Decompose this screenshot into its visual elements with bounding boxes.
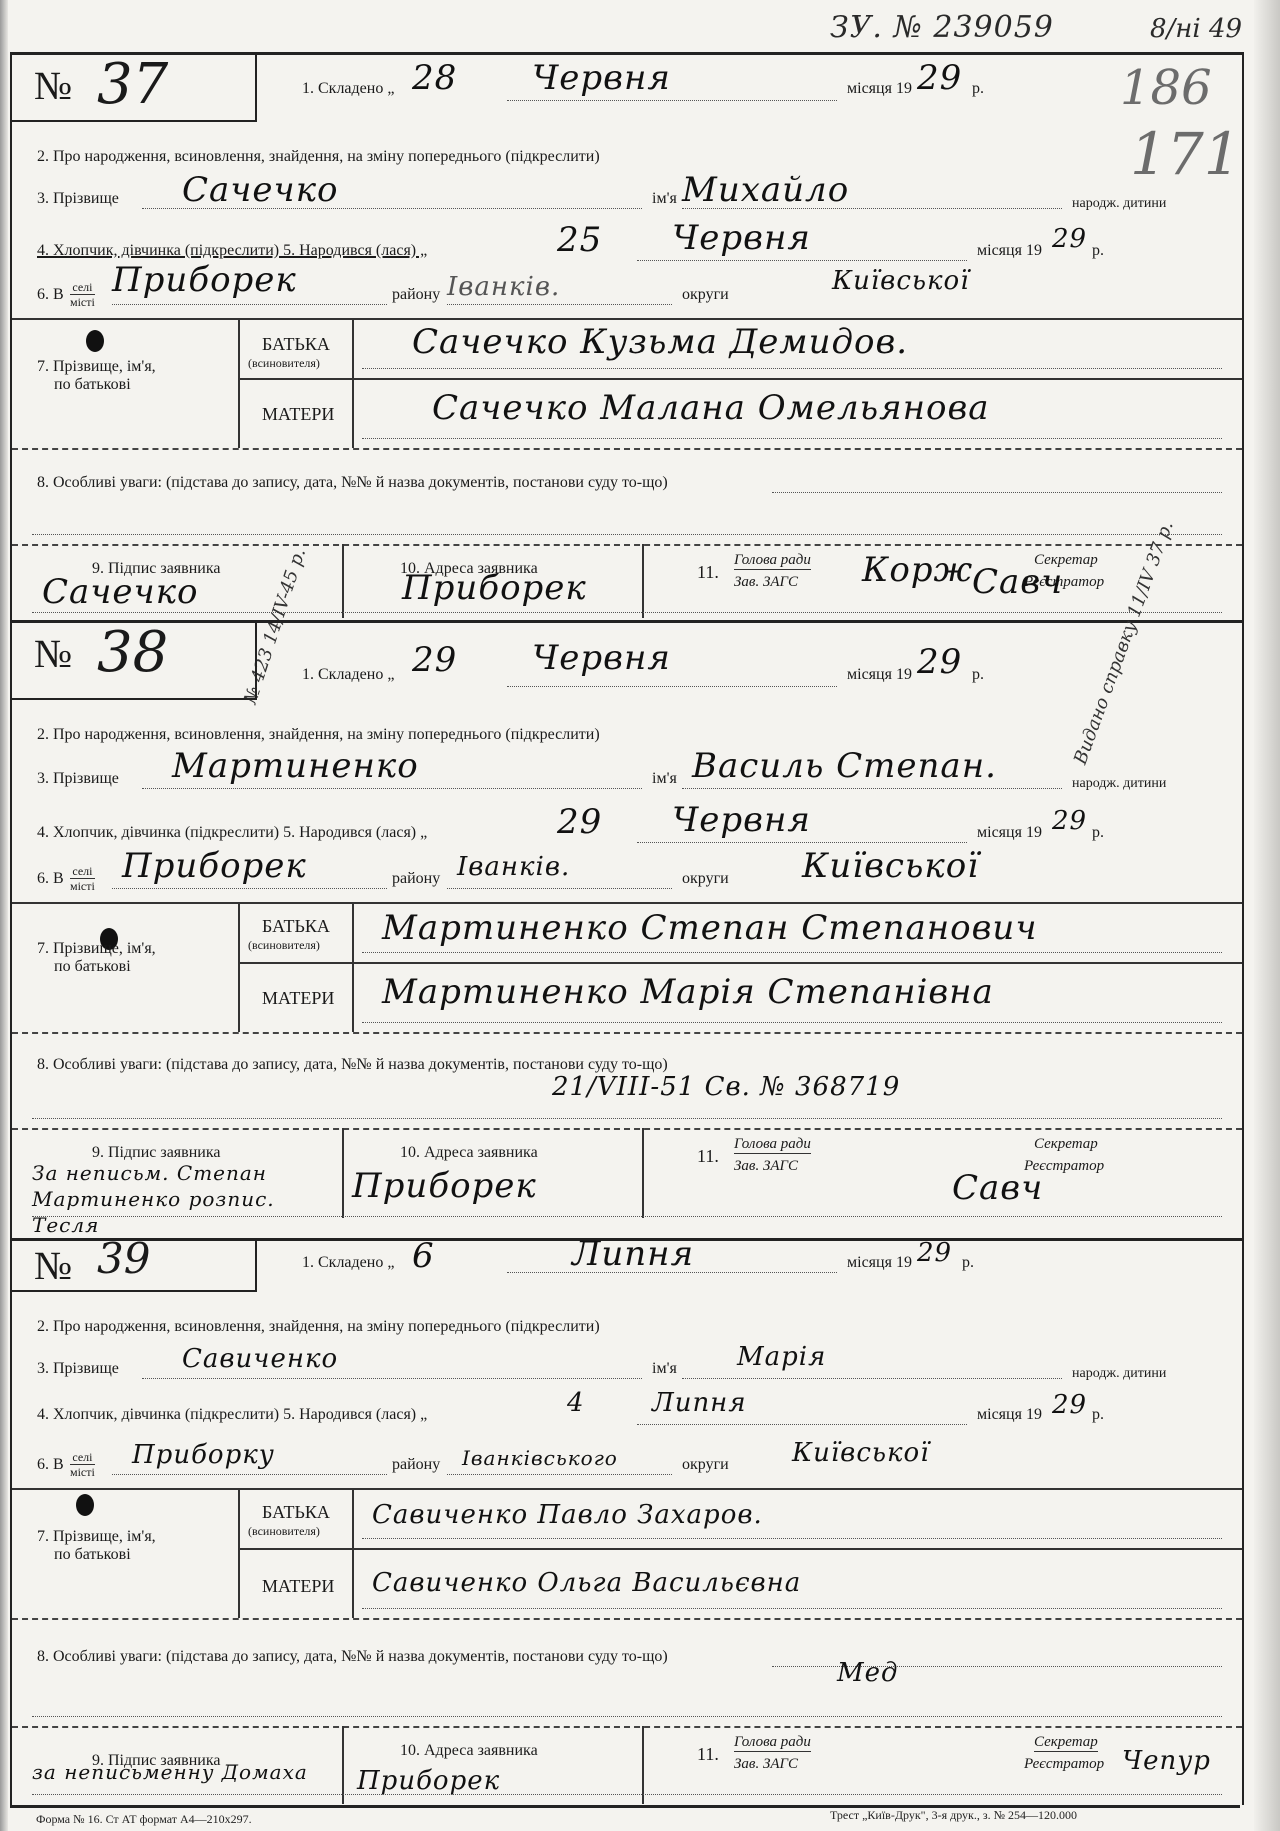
compiled-month: Червня [532, 58, 671, 98]
applicant-address: Приборек [402, 568, 587, 608]
record-number: 37 [97, 52, 168, 117]
father-name: Мартиненко Степан Степанович [382, 908, 1037, 948]
born-month: Червня [672, 218, 811, 258]
label-gender-born: 4. Хлопчик, дівчинка (підкреслити) 5. На… [37, 1406, 427, 1424]
father-name: Савиченко Павло Захаров. [372, 1500, 763, 1530]
label-parents-2: по батькові [54, 1546, 131, 1564]
label-compiled: 1. Складено „ [302, 80, 394, 98]
compiled-day: 6 [412, 1236, 435, 1276]
given-name: Василь Степан. [692, 746, 997, 786]
district: Іванків. [457, 852, 570, 882]
record-37: № 37 1. Складено „ 28 Червня місяця 19 2… [10, 52, 1244, 620]
surname: Савиченко [182, 1344, 338, 1374]
label-head: Голова ради [734, 1136, 811, 1154]
district: Іванківського [462, 1446, 618, 1470]
label-surname: 3. Прізвище [37, 190, 119, 208]
born-day: 29 [557, 802, 602, 842]
label-year-suffix: р. [972, 666, 984, 684]
top-annotation: ЗУ. № 239059 [830, 10, 1054, 45]
applicant-address: Приборек [352, 1166, 537, 1206]
label-parents: 7. Прізвище, ім'я, [37, 940, 156, 958]
label-father-sub: (всиновителя) [248, 356, 320, 371]
father-name: Сачечко Кузьма Демидов. [412, 322, 908, 362]
given-name: Михайло [682, 170, 849, 210]
label-applicant-address: 10. Адреса заявника [400, 1742, 538, 1760]
label-father-sub: (всиновителя) [248, 938, 320, 953]
compiled-year: 29 [917, 642, 962, 682]
registrar-signature: Савч [952, 1168, 1043, 1208]
label-applicant-address: 10. Адреса заявника [400, 1144, 538, 1162]
label-registrar: Реєстратор [1024, 1756, 1104, 1773]
label-father: БАТЬКА [262, 1502, 330, 1523]
label-father: БАТЬКА [262, 916, 330, 937]
okrug: Київської [832, 266, 970, 296]
label-zags: Зав. ЗАГС [734, 1756, 798, 1773]
label-record-type: 2. Про народження, всиновлення, знайденн… [37, 726, 600, 744]
label-head: Голова ради [734, 552, 811, 570]
label-11: 11. [697, 1744, 719, 1765]
notes: 21/VIII-51 Св. № 368719 [552, 1072, 900, 1102]
official-signature: Корж [862, 550, 973, 590]
notes: Мед [837, 1658, 899, 1688]
label-notes: 8. Особливі уваги: (підстава до запису, … [37, 1648, 668, 1666]
label-month-year: місяця 19 [847, 1254, 912, 1272]
label-year-suffix: р. [962, 1254, 974, 1272]
surname: Мартиненко [172, 746, 419, 786]
label-gender-born: 4. Хлопчик, дівчинка (підкреслити) 5. На… [37, 824, 427, 842]
label-given-name: ім'я [652, 770, 677, 788]
label-place: 6. В [37, 286, 64, 304]
label-okrug: округи [682, 286, 729, 304]
label-district: району [392, 870, 440, 888]
label-born-year-suffix: р. [1092, 242, 1104, 260]
printer-imprint: Трест „Київ-Друк", 3-я друк., з. № 254—1… [830, 1808, 1077, 1823]
label-born-month-year: місяця 19 [977, 1406, 1042, 1424]
label-place: 6. В [37, 870, 64, 888]
compiled-month: Липня [572, 1234, 694, 1274]
born-day: 25 [557, 220, 602, 260]
record-number-box: № 39 [12, 1238, 257, 1292]
record-number: 38 [97, 620, 168, 685]
label-born-month-year: місяця 19 [977, 824, 1042, 842]
label-parents-2: по батькові [54, 376, 131, 394]
label-record-type: 2. Про народження, всиновлення, знайденн… [37, 148, 600, 166]
label-mother: МАТЕРИ [262, 988, 334, 1009]
label-parents: 7. Прізвище, ім'я, [37, 358, 156, 376]
record-number-box: № 38 [12, 620, 257, 700]
label-head: Голова ради [734, 1734, 811, 1752]
born-year: 29 [1052, 1390, 1087, 1420]
village: Приборку [132, 1440, 275, 1470]
mother-name: Савиченко Ольга Васильєвна [372, 1568, 801, 1598]
surname: Сачечко [182, 170, 338, 210]
record-number: 39 [97, 1234, 150, 1283]
label-zags: Зав. ЗАГС [734, 1158, 798, 1175]
compiled-year: 29 [917, 58, 962, 98]
born-month: Липня [652, 1388, 747, 1418]
hole-punch [86, 330, 104, 352]
label-born-month-year: місяця 19 [977, 242, 1042, 260]
number-sign: № [34, 630, 72, 677]
label-compiled: 1. Складено „ [302, 666, 394, 684]
okrug: Київської [802, 846, 979, 886]
label-secretary: Секретар [1034, 1734, 1098, 1752]
applicant-address: Приборек [357, 1766, 500, 1796]
label-11: 11. [697, 562, 719, 583]
mother-name: Мартиненко Марія Степанівна [382, 972, 994, 1012]
label-born-year-suffix: р. [1092, 824, 1104, 842]
label-record-type: 2. Про народження, всиновлення, знайденн… [37, 1318, 600, 1336]
top-annotation-date: 8/ні 49 [1150, 14, 1242, 44]
label-district: району [392, 286, 440, 304]
label-father: БАТЬКА [262, 334, 330, 355]
okrug: Київської [792, 1438, 930, 1468]
label-year-suffix: р. [972, 80, 984, 98]
label-child: народж. дитини [1072, 776, 1166, 792]
label-parents-2: по батькові [54, 958, 131, 976]
label-father-sub: (всиновителя) [248, 1524, 320, 1539]
registrar-signature: Чепур [1122, 1746, 1211, 1776]
compiled-year: 29 [917, 1238, 952, 1268]
page-edge-right [1254, 0, 1280, 1831]
label-okrug: округи [682, 1456, 729, 1474]
label-zags: Зав. ЗАГС [734, 574, 798, 591]
village-city-selector: селі місті [70, 1450, 95, 1479]
compiled-month: Червня [532, 638, 671, 678]
label-secretary: Секретар [1034, 1136, 1098, 1153]
label-child: народж. дитини [1072, 1366, 1166, 1382]
village: Приборек [112, 260, 297, 300]
label-place: 6. В [37, 1456, 64, 1474]
born-year: 29 [1052, 224, 1087, 254]
born-month: Червня [672, 800, 811, 840]
label-gender-born: 4. Хлопчик, дівчинка (підкреслити) 5. На… [37, 242, 427, 260]
label-parents: 7. Прізвище, ім'я, [37, 1528, 156, 1546]
applicant-signature: Сачечко [42, 572, 198, 612]
district: Іванків. [447, 272, 560, 302]
label-born-year-suffix: р. [1092, 1406, 1104, 1424]
label-given-name: ім'я [652, 1360, 677, 1378]
registrar-signature: Савч [972, 562, 1063, 602]
form-footer-code: Форма № 16. Ст АТ формат А4—210х297. [36, 1812, 252, 1827]
hole-punch [76, 1494, 94, 1516]
applicant-signature: За неписьм. Степан Мартиненко розпис. Те… [32, 1160, 332, 1238]
number-sign: № [34, 62, 72, 109]
village: Приборек [122, 846, 307, 886]
given-name: Марія [737, 1342, 826, 1372]
number-sign: № [34, 1242, 72, 1289]
record-38: № 38 1. Складено „ 29 Червня місяця 19 2… [10, 620, 1244, 1250]
compiled-day: 28 [412, 58, 457, 98]
record-39: № 39 1. Складено „ 6 Липня місяця 19 29 … [10, 1238, 1244, 1805]
record-number-box: № 37 [12, 52, 257, 122]
label-11: 11. [697, 1146, 719, 1167]
label-given-name: ім'я [652, 190, 677, 208]
label-notes: 8. Особливі уваги: (підстава до запису, … [37, 474, 668, 492]
page-edge-left [0, 0, 8, 1831]
label-mother: МАТЕРИ [262, 404, 334, 425]
label-month-year: місяця 19 [847, 80, 912, 98]
label-surname: 3. Прізвище [37, 1360, 119, 1378]
label-district: району [392, 1456, 440, 1474]
applicant-signature: за неписьменну Домаха [32, 1760, 332, 1784]
label-surname: 3. Прізвище [37, 770, 119, 788]
label-okrug: округи [682, 870, 729, 888]
compiled-day: 29 [412, 640, 457, 680]
village-city-selector: селі місті [70, 280, 95, 309]
born-year: 29 [1052, 806, 1087, 836]
label-child: народж. дитини [1072, 196, 1166, 212]
label-mother: МАТЕРИ [262, 1576, 334, 1597]
mother-name: Сачечко Малана Омельянова [432, 388, 990, 428]
born-day: 4 [567, 1388, 585, 1418]
label-compiled: 1. Складено „ [302, 1254, 394, 1272]
label-month-year: місяця 19 [847, 666, 912, 684]
village-city-selector: селі місті [70, 864, 95, 893]
